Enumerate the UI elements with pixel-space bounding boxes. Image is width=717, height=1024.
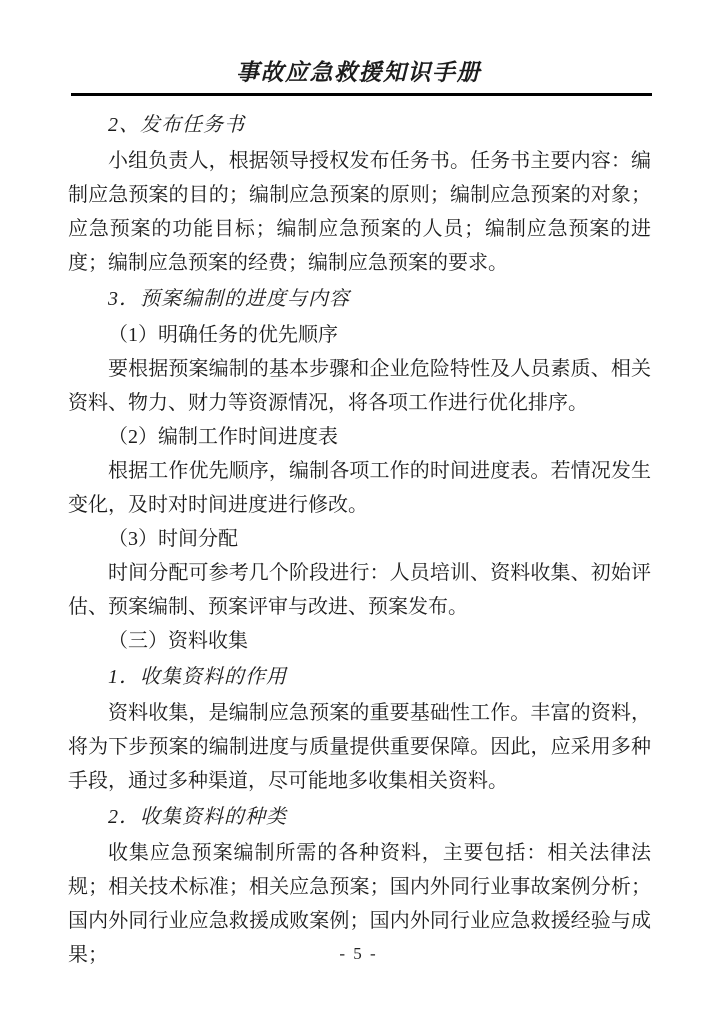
heading-plan-schedule-content: 3．预案编制的进度与内容: [68, 282, 651, 316]
document-title: 事故应急救援知识手册: [236, 54, 481, 87]
paragraph-task-priority: 要根据预案编制的基本步骤和企业危险特性及人员素质、相关资料、物力、财力等资源情况…: [68, 352, 651, 420]
subheading-work-timetable: （2）编制工作时间进度表: [68, 420, 651, 454]
header-rule: [71, 93, 652, 96]
paragraph-time-allocation: 时间分配可参考几个阶段进行：人员培训、资料收集、初始评估、预案编制、预案评审与改…: [68, 556, 651, 624]
heading-data-collection-role: 1．收集资料的作用: [68, 660, 651, 694]
heading-issue-task-book: 2、发布任务书: [68, 108, 651, 142]
page-number: - 5 -: [0, 944, 717, 964]
document-body: 2、发布任务书 小组负责人，根据领导授权发布任务书。任务书主要内容：编制应急预案…: [68, 108, 651, 972]
subheading-time-allocation: （3）时间分配: [68, 522, 651, 556]
subheading-task-priority: （1）明确任务的优先顺序: [68, 318, 651, 352]
page-header: 事故应急救援知识手册: [0, 0, 717, 87]
heading-data-collection-types: 2．收集资料的种类: [68, 800, 651, 834]
subheading-data-collection: （三）资料收集: [68, 624, 651, 658]
paragraph-data-collection-role: 资料收集，是编制应急预案的重要基础性工作。丰富的资料，将为下步预案的编制进度与质…: [68, 696, 651, 798]
document-page: 事故应急救援知识手册 2、发布任务书 小组负责人，根据领导授权发布任务书。任务书…: [0, 0, 717, 1024]
paragraph-work-timetable: 根据工作优先顺序，编制各项工作的时间进度表。若情况发生变化，及时对时间进度进行修…: [68, 454, 651, 522]
paragraph-task-book-content: 小组负责人，根据领导授权发布任务书。任务书主要内容：编制应急预案的目的；编制应急…: [68, 144, 651, 280]
